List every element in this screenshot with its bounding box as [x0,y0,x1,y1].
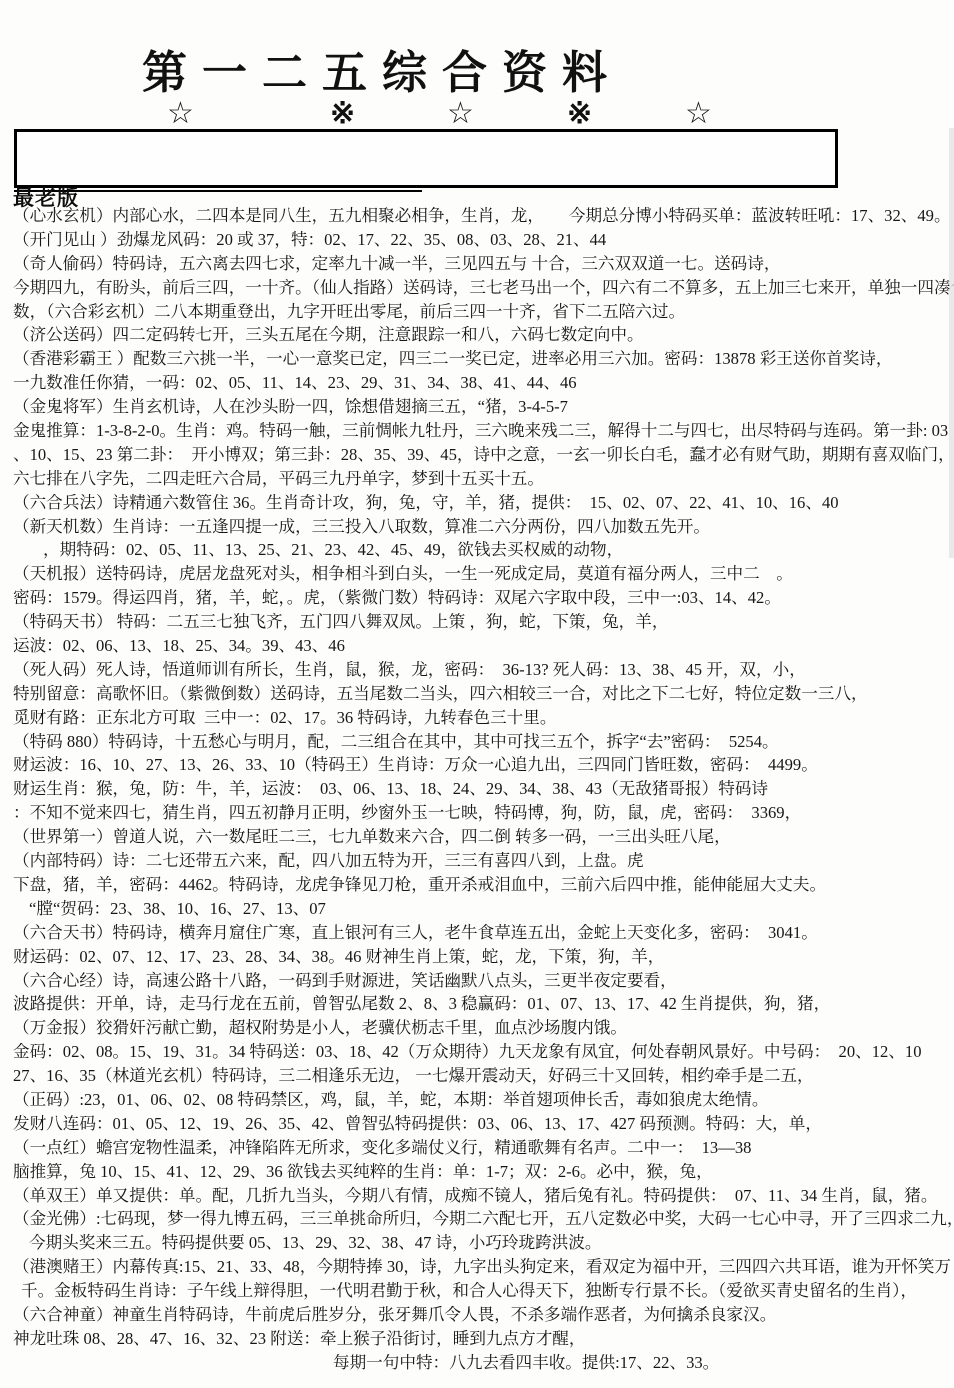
text-line: 特别留意：高歌怀旧。（紫微倒数）送码诗，五当尾数二当头，四六相较三一合，对比之下… [13,682,954,706]
text-line: （六合天书）特码诗，横奔月窟住广寒，直上银河有三人，老牛食草连五出，金蛇上天变化… [13,921,954,945]
scan-edge-artifact [949,128,954,558]
text-line: 脑推算，兔 10、15、41、12、29、36 欲钱去买纯粹的生肖：单：1-7；… [13,1160,954,1184]
text-line: 27、16、35（林道光玄机）特码诗，三二相逢乐无边， 一七爆开震动天，好码三十… [13,1064,954,1088]
text-line: 千。金板特码生肖诗：子午线上辩得胆，一代明君勤于秋，和合人心得天下，独断专行景不… [13,1279,954,1303]
text-line: 今期四九，有盼头，前后三四，一十齐。（仙人指路）送码诗，三七老马出一个，四六有二… [13,276,954,300]
body-text: （心水玄机）内部心水，二四本是同八生，五九相聚必相争，生肖，龙， 今期总分博小特… [13,204,954,1375]
text-line: 金码：02、08。15、19、31。34 特码送：03、18、42（万众期待）九… [13,1040,954,1064]
text-line: （万金报）狡猾奸污献亡勤，超权附势是小人，老骥伏枥志千里，血点沙场腹内饿。 [13,1016,954,1040]
text-line: （单双王）单又提供：单。配，几折九当头，今期八有情，成痴不镜人，猪后兔有礼。特码… [13,1184,954,1208]
text-line: 财运码：02、07、12、17、23、28、34、38。46 财神生肖上策，蛇，… [13,945,954,969]
star-icon: ☆ [167,97,194,131]
text-line: 数，（六合彩玄机）二八本期重登出，九字开旺出零尾，前后三四一十齐，省下二五陪六过… [13,300,954,324]
text-line: （心水玄机）内部心水，二四本是同八生，五九相聚必相争，生肖，龙， 今期总分博小特… [13,204,954,228]
text-line: （六合心经）诗，高速公路十八路，一码到手财源进，笑话幽默八点头，三更半夜定要看， [13,969,954,993]
text-line: （奇人偷码）特码诗，五六离去四七求，定率九十减一半，三见四五与 十合，三六双双道… [13,252,954,276]
text-line: （开门见山 ）劲爆龙风码：20 或 37，特：02、17、22、35、08、03… [13,228,954,252]
reference-mark-icon: ※ [330,97,355,131]
text-line: 、10、15、23 第二卦： 开小博双；第三卦：28、35、39、45，诗中之意… [13,443,954,467]
text-line: （内部特码）诗：二七还带五六来，配，四八加五特为开，三三有喜四八到，上盘。虎 [13,849,954,873]
text-line: 发财八连码：01、05、12、19、26、35、42、曾智弘特码提供：03、06… [13,1112,954,1136]
text-line: （金光佛）:七码现，梦一得九博五码，三三单挑命所归，今期二六配七开，五八定数必中… [13,1207,954,1231]
text-line: （六合神童）神童生肖特码诗，牛前虎后胜岁分，张牙舞爪令人畏，不杀多端作恶者，为何… [13,1303,954,1327]
text-line: 下盘，猪，羊，密码：4462。特码诗，龙虎争锋见刀枪，重开杀戒泪血中，三前六后四… [13,873,954,897]
text-line: 金鬼推算：1-3-8-2-0。生肖：鸡。特码一触，三前惆帐九牡丹，三六晚来残二三… [13,419,954,443]
text-line: 运波：02、06、13、18、25、34。39、43、46 [13,634,954,658]
text-line: 六七排在八字先，二四走旺六合局，平码三九丹单字，梦到十五买十五。 [13,467,954,491]
text-line: （特码天书） 特码：二五三七独飞齐，五门四八舞双凤。上策 ，狗，蛇，下策，兔，羊… [13,610,954,634]
text-line: （正码）:23，01、06、02、08 特码禁区，鸡，鼠，羊，蛇，本期：举首翅项… [13,1088,954,1112]
star-icon: ☆ [447,97,474,131]
text-line: 神龙吐珠 08、28、47、16、32、23 附送：牵上猴子沿街讨，睡到九点方才… [13,1327,954,1351]
text-line: 觅财有路：正东北方可取 三中一：02、17。36 特码诗，九转春色三十里。 [13,706,954,730]
text-line: 财运波：16、10、27、13、26、33、10（特码王）生肖诗：万众一心追九出… [13,753,954,777]
text-line: （天机报）送特码诗，虎居龙盘死对头，相争相斗到白头，一生一死成定局，莫道有福分两… [13,562,954,586]
text-line: 密码：1579。得运四肖，猪，羊，蛇，。虎，（紫微门数）特码诗：双尾六字取中段，… [13,586,954,610]
text-line: “膛“贺码：23、38、10、16、27、13、07 [13,897,954,921]
text-line: （新天机数）生肖诗：一五逢四提一成，三三投入八取数，算准二六分两份，四八加数五先… [13,515,954,539]
text-line: 财运生肖：猴，兔，防：牛，羊，运波： 03、06、13、18、24、29、34、… [13,777,954,801]
notice-box [14,129,838,188]
star-icon: ☆ [685,97,712,131]
page-title: 第一二五综合资料 [142,36,622,101]
text-line: （一点红）蟾宫宠物性温柔，冲锋陷阵无所求，变化多端仗义行，精通歌舞有名声。二中一… [13,1136,954,1160]
text-line: （济公送码）四二定码转七开，三头五尾在今期，注意跟踪一和八，六码七数定向中。 [13,323,954,347]
reference-mark-icon: ※ [567,97,592,131]
text-line: ：不知不觉来四七，猜生肖，四五初静月正明，纱窗外玉一七映，特码博，狗，防，鼠，虎… [13,801,954,825]
scanned-lottery-sheet: { "page": { "title": "第一二五综合资料", "decor_… [0,0,954,1388]
text-line: （港澳赌王）内幕传真:15、21、33、48，今期特捧 30，诗，九字出头狗定来… [13,1255,954,1279]
text-line: 波路提供：开单，诗，走马行龙在五前，曾智弘尾数 2、8、3 稳赢码：01、07、… [13,992,954,1016]
text-line: （六合兵法）诗精通六数管住 36。生肖奇计攻，狗，兔，守，羊，猪，提供： 15、… [13,491,954,515]
text-line: （香港彩霸王 ）配数三六挑一半，一心一意奖已定，四三二一奖已定，进率必用三六加。… [13,347,954,371]
text-line: ，期特码：02、05、11、13、25、21、23、42、45、49，欲钱去买权… [13,538,954,562]
text-line: 每期一句中特：八九去看四丰收。提供:17、22、33。 [13,1351,954,1375]
text-line: （死人码）死人诗，悟道师训有所长，生肖，鼠，猴，龙，密码： 36-13? 死人码… [13,658,954,682]
text-line: （金鬼将军）生肖玄机诗，人在沙头盼一四，馀想借翅摘三五，“猪，3-4-5-7 [13,395,954,419]
text-line: 今期头奖来三五。特码提供要 05、13、29、32、38、47 诗，小巧玲珑跨洪… [13,1231,954,1255]
text-line: 一九数准任你猜，一码：02、05、11、14、23、29、31、34、38、41… [13,371,954,395]
text-line: （特码 880）特码诗，十五愁心与明月，配，二三组合在其中，其中可找三五个，拆字… [13,730,954,754]
text-line: （世界第一）曾道人说，六一数尾旺二三，七九单数来六合，四二倒 转多一码，一三出头… [13,825,954,849]
